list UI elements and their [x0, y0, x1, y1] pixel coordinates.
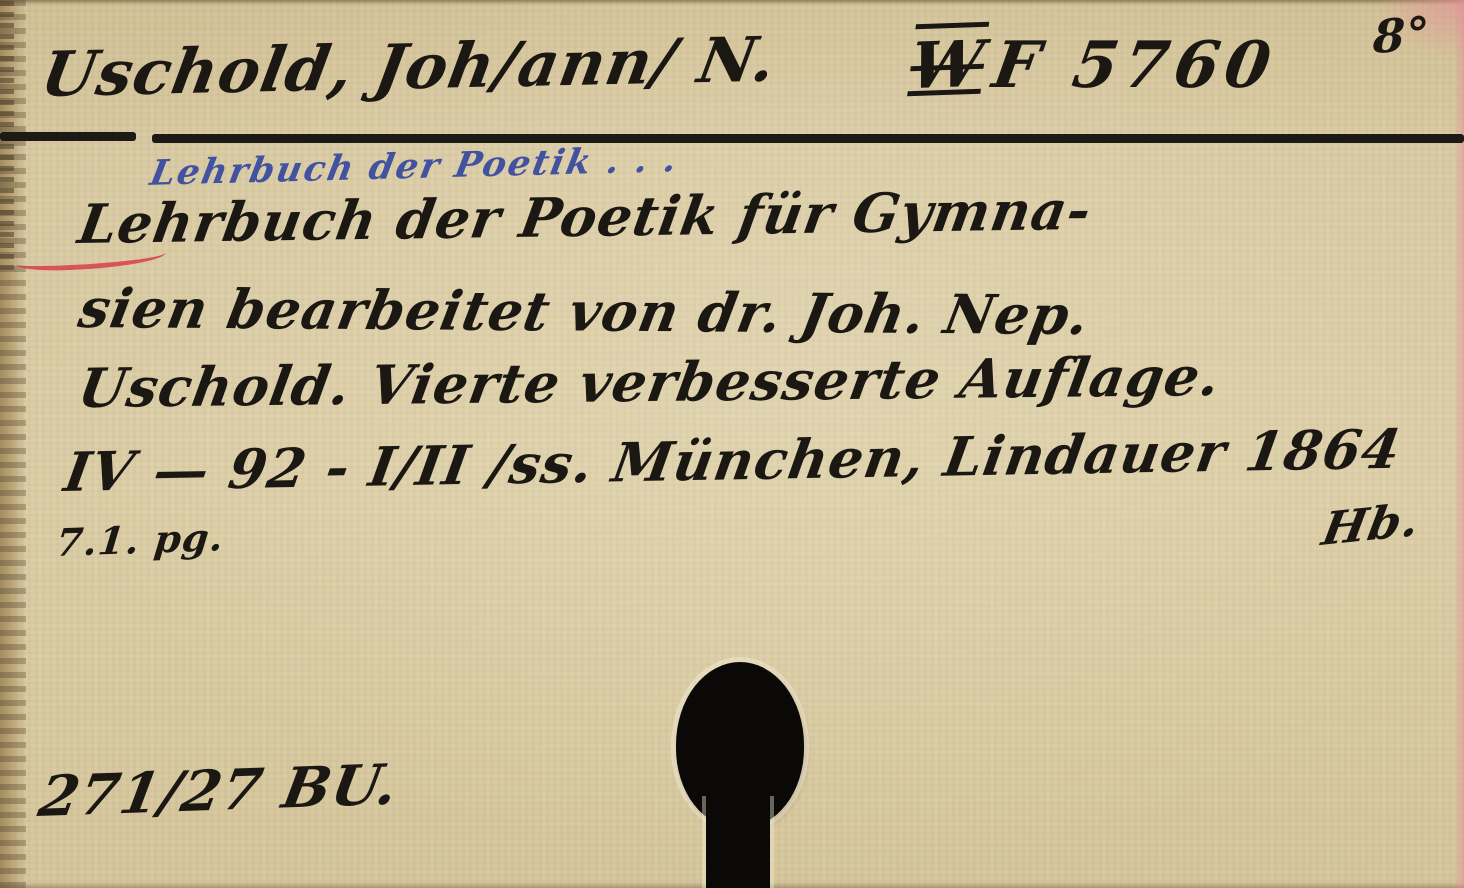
title-line-1: Lehrbuch der Poetik für Gymna- — [74, 178, 1096, 256]
title-line-3: Uschold. Vierte verbesserte Auflage. — [74, 344, 1225, 420]
accession-number: 271/27 BU. — [34, 752, 403, 830]
header-rule-left-segment — [0, 132, 136, 141]
collation-imprint-line: IV — 92 - I/II /ss. München, Lindauer 18… — [60, 417, 1406, 504]
title-line-2: sien bearbeitet von dr. Joh. Nep. — [74, 276, 1095, 347]
shelfmark-call-number: F 5760 — [988, 28, 1282, 103]
shelfmark-crossed-class-symbol: W — [906, 27, 988, 104]
scan-edge-top — [0, 0, 1464, 5]
punch-hole-slot — [706, 796, 770, 888]
author-heading: Uschold, Joh/ann/ N. — [36, 23, 782, 111]
note-bottom-left: 7.1. pg. — [54, 514, 226, 565]
format-mark-octavo: 8° — [1372, 6, 1431, 64]
header-rule — [0, 132, 1464, 142]
cataloger-initials: Hb. — [1318, 492, 1425, 556]
catalog-card: Uschold, Joh/ann/ N. WF 5760 8° Lehrbuch… — [0, 0, 1464, 888]
shelfmark: WF 5760 — [905, 28, 1282, 103]
header-rule-right-segment — [152, 134, 1464, 143]
